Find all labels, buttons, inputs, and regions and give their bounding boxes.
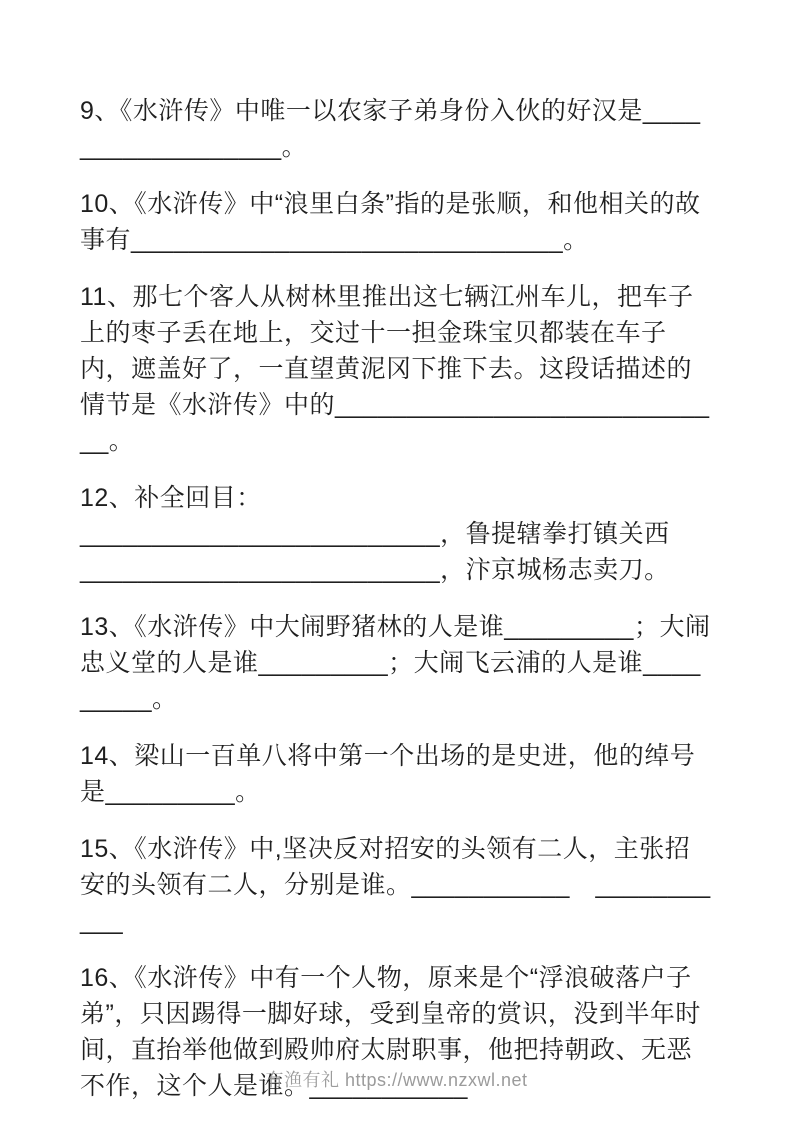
question-11: 11、那七个客人从树林里推出这七辆江州车儿，把车子上的枣子丢在地上，交过十一担金…	[80, 279, 714, 459]
question-12-blank-line-1: _________________________，鲁提辖拳打镇关西	[80, 516, 714, 552]
footer-watermark: 有渔有礼 https://www.nzxwl.net	[0, 1066, 793, 1094]
question-12-blank-line-2: _________________________，汴京城杨志卖刀。	[80, 552, 714, 588]
question-12-prompt: 12、补全回目：	[80, 480, 714, 516]
question-12: 12、补全回目： _________________________，鲁提辖拳打…	[80, 480, 714, 588]
question-list: 9、《水浒传》中唯一以农家子弟身份入伙的好汉是_________________…	[80, 93, 714, 1122]
question-13: 13、《水浒传》中大闹野猪林的人是谁_________；大闹忠义堂的人是谁___…	[80, 609, 714, 717]
question-15: 15、《水浒传》中,坚决反对招安的头领有二人，主张招安的头领有二人，分别是谁。_…	[80, 831, 714, 939]
question-10: 10、《水浒传》中“浪里白条”指的是张顺，和他相关的故事有___________…	[80, 186, 714, 258]
worksheet-page: 9、《水浒传》中唯一以农家子弟身份入伙的好汉是_________________…	[0, 0, 793, 1122]
question-9: 9、《水浒传》中唯一以农家子弟身份入伙的好汉是_________________…	[80, 93, 714, 165]
question-14: 14、梁山一百单八将中第一个出场的是史进，他的绰号是_________。	[80, 738, 714, 810]
